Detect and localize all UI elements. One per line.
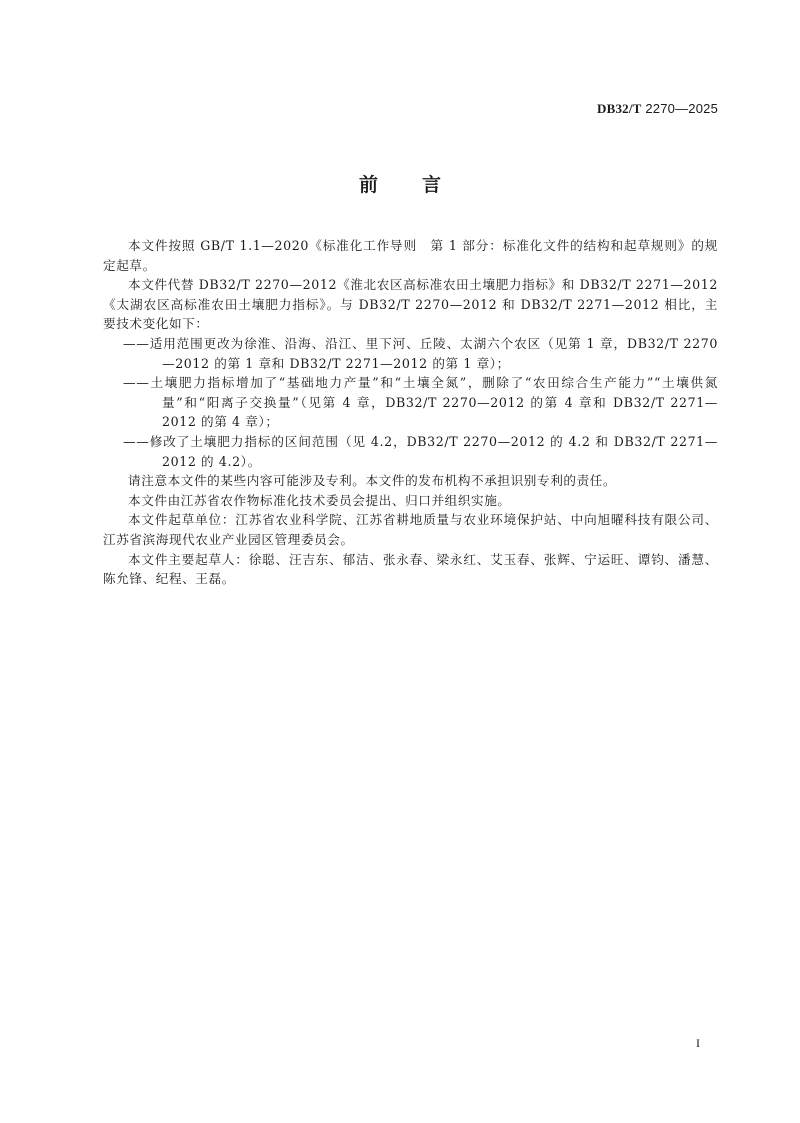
paragraph-drafters: 本文件主要起草人：徐聪、汪吉东、郁洁、张永春、梁永红、艾玉春、张辉、宁运旺、谭钧…	[103, 550, 718, 589]
page-title: 前言	[0, 170, 800, 197]
page-title-char-2: 言	[422, 170, 441, 197]
paragraph-drafting-units: 本文件起草单位：江苏省农业科学院、江苏省耕地质量与农业环境保护站、中向旭曜科技有…	[103, 510, 718, 549]
change-item-scope: ——适用范围更改为徐淮、沿海、沿江、里下河、丘陵、太湖六个农区（见第 1 章，D…	[103, 334, 718, 373]
page-title-char-1: 前	[359, 170, 378, 197]
paragraph-proposer: 本文件由江苏省农作物标准化技术委员会提出、归口并组织实施。	[103, 491, 718, 511]
change-item-ranges: ——修改了土壤肥力指标的区间范围（见 4.2，DB32/T 2270—2012 …	[103, 432, 718, 471]
document-code-prefix: DB32/T	[597, 101, 642, 116]
paragraph-drafting-basis: 本文件按照 GB/T 1.1—2020《标准化工作导则 第 1 部分：标准化文件…	[103, 236, 718, 275]
page-number: I	[696, 1036, 700, 1051]
paragraph-patent-notice: 请注意本文件的某些内容可能涉及专利。本文件的发布机构不承担识别专利的责任。	[103, 471, 718, 491]
document-code-number: 2270—2025	[645, 101, 718, 116]
document-code: DB32/T 2270—2025	[597, 101, 718, 117]
paragraph-replacement: 本文件代替 DB32/T 2270—2012《淮北农区高标准农田土壤肥力指标》和…	[103, 275, 718, 334]
change-item-indicators: ——土壤肥力指标增加了“基础地力产量”和“土壤全氮”，删除了“农田综合生产能力”…	[103, 373, 718, 432]
foreword-body: 本文件按照 GB/T 1.1—2020《标准化工作导则 第 1 部分：标准化文件…	[103, 236, 718, 589]
